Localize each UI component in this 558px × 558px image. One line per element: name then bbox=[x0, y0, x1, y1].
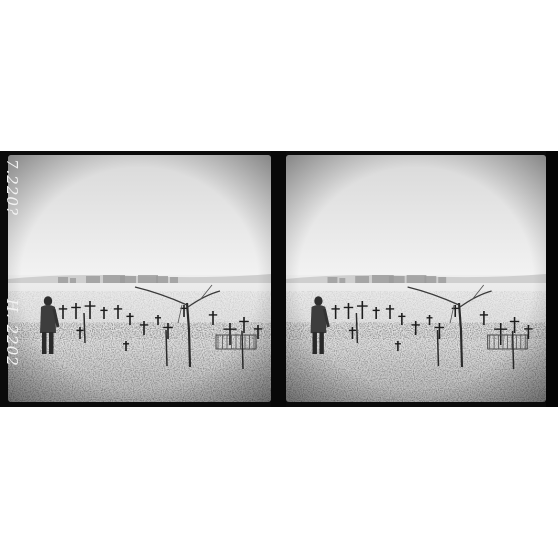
right-photo-frame bbox=[286, 155, 546, 402]
right-scene bbox=[286, 155, 546, 402]
inscription-top: 7.220? bbox=[3, 159, 21, 216]
plate-edge bbox=[546, 151, 558, 407]
left-photo-frame bbox=[8, 155, 271, 402]
inscription-bottom: H. 2202 bbox=[3, 299, 21, 367]
frame-divider bbox=[271, 151, 286, 407]
stereo-plate: 7.220? H. 2202 bbox=[0, 151, 558, 407]
left-scene bbox=[8, 155, 271, 402]
handwritten-inscription: 7.220? H. 2202 bbox=[2, 159, 22, 399]
